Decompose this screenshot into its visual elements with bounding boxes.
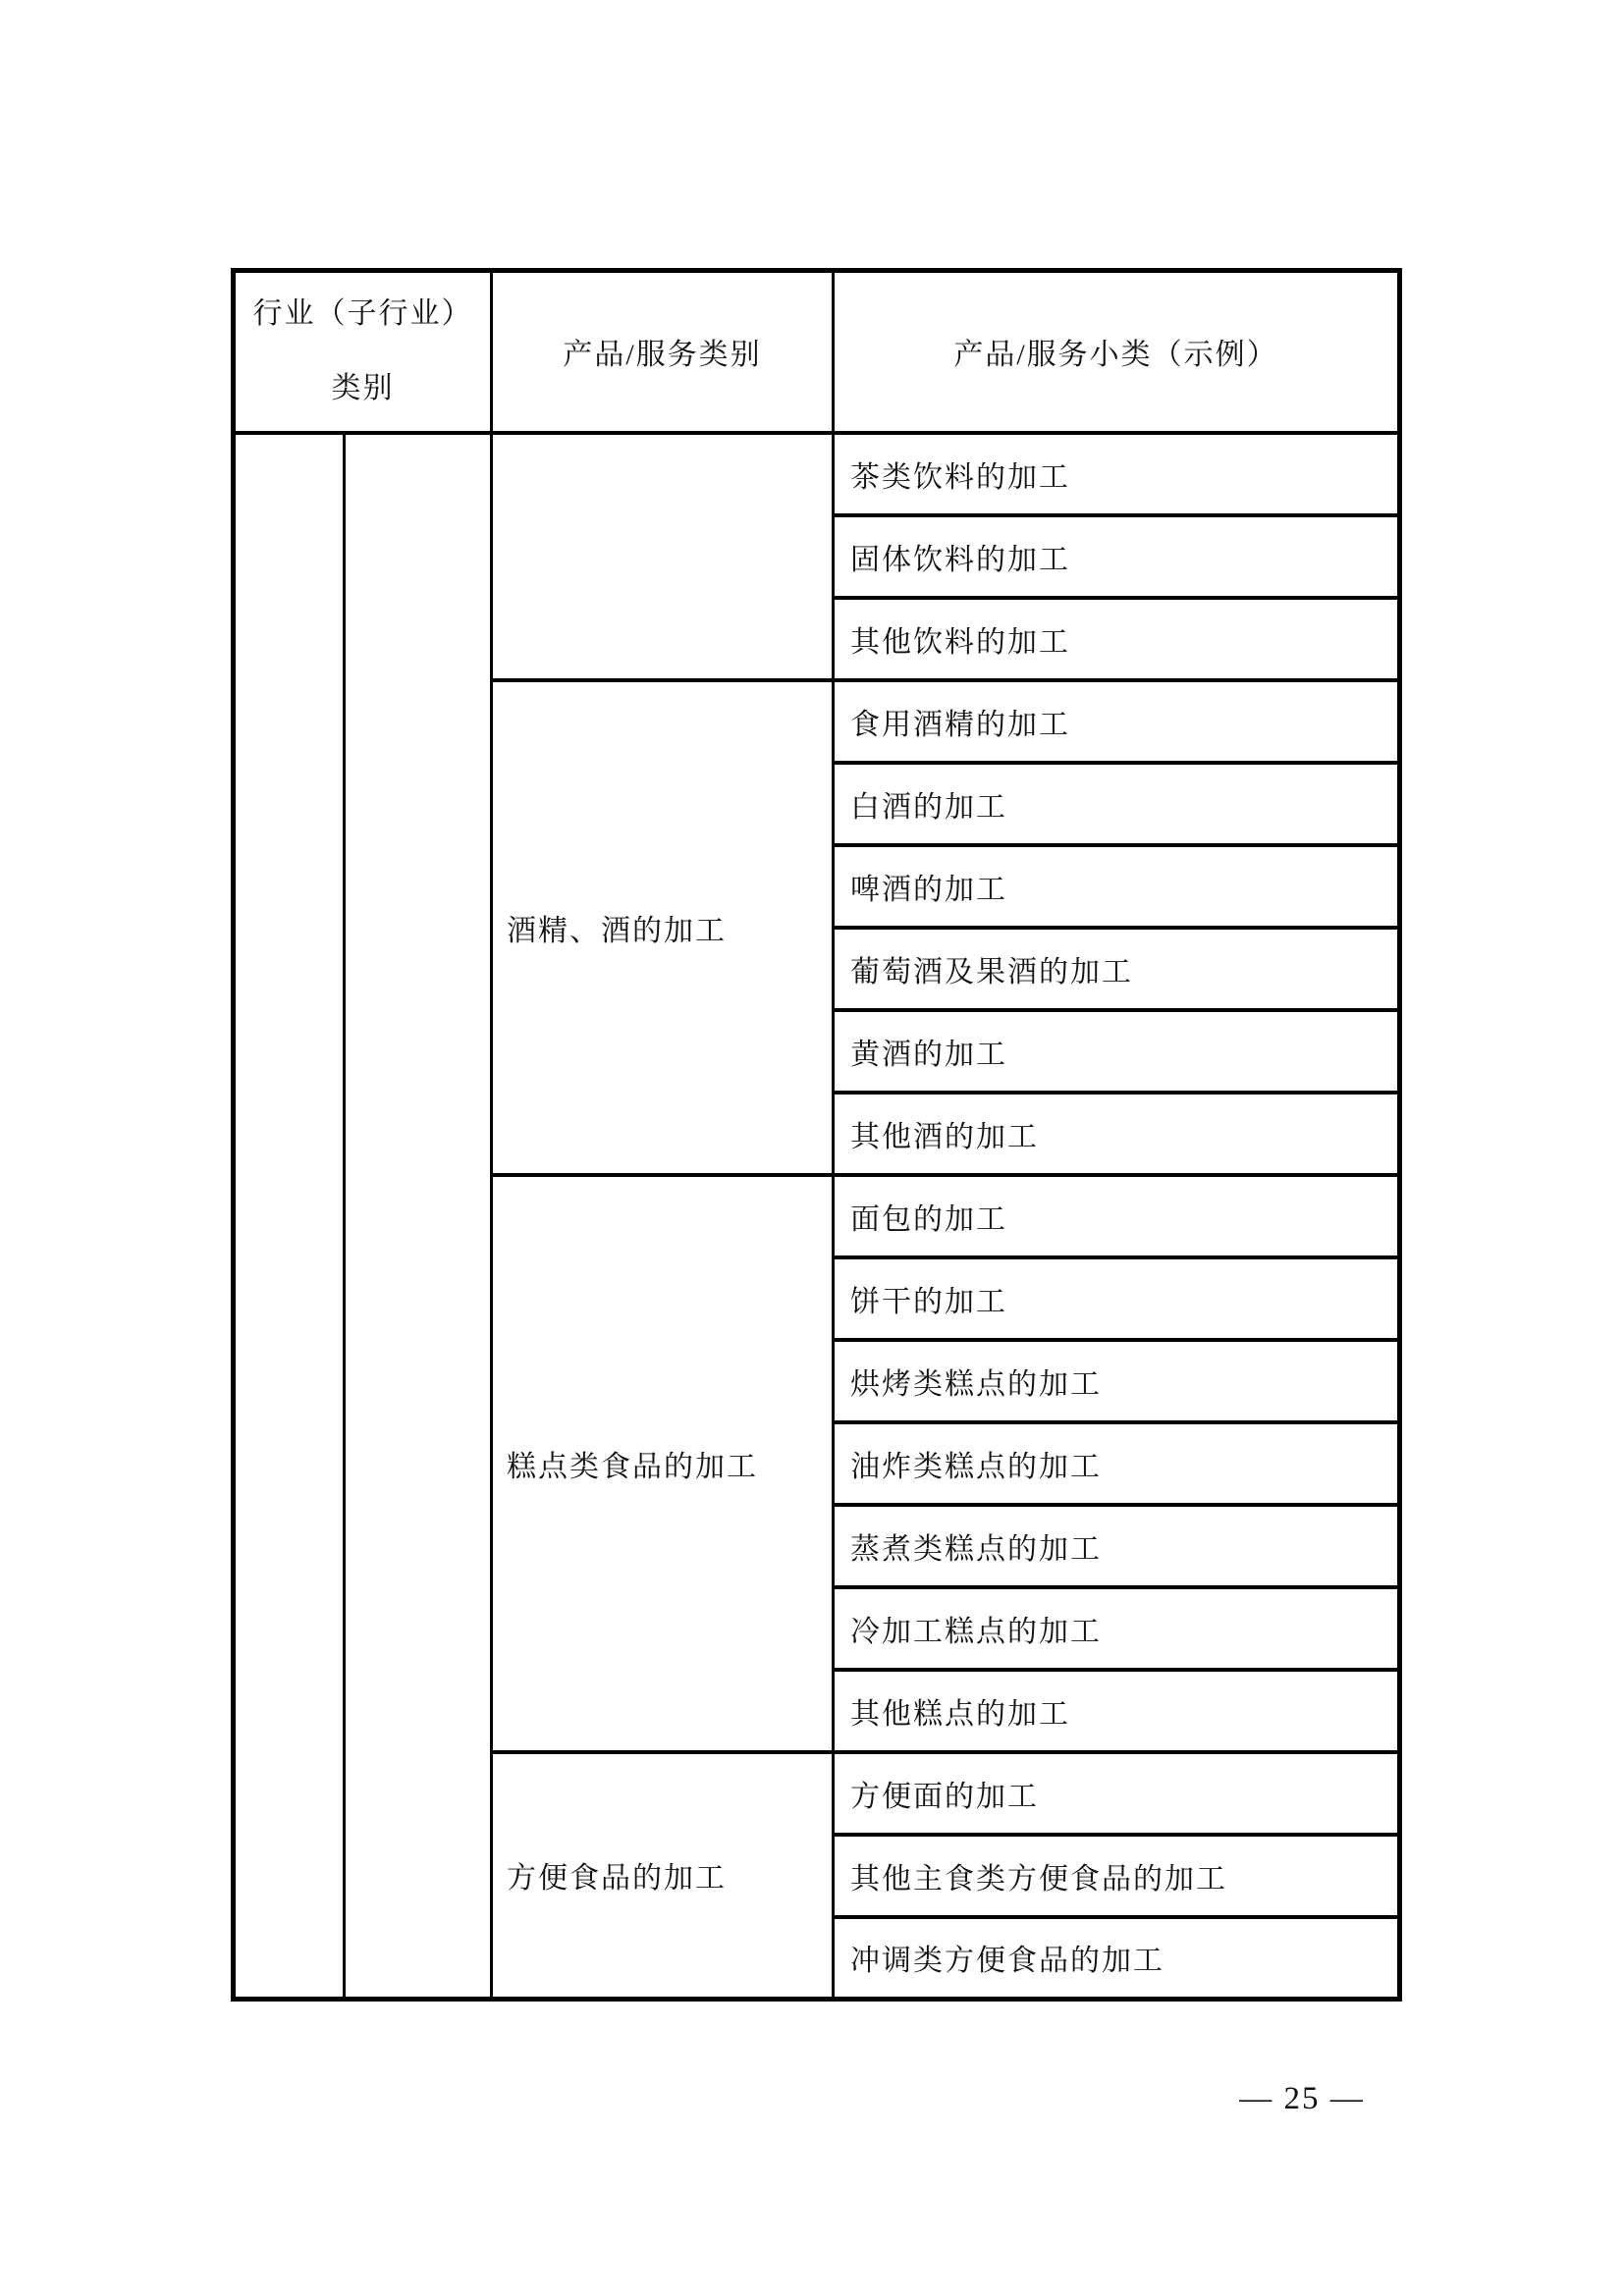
subcategory-cell: 面包的加工 [834, 1175, 1400, 1257]
subcategory-cell: 方便面的加工 [834, 1752, 1400, 1835]
subcategory-cell: 其他糕点的加工 [834, 1670, 1400, 1752]
header-industry-category-cell: 行业（子行业） 类别 [234, 271, 492, 433]
header-industry-category-line2: 类别 [236, 351, 490, 426]
subcategory-cell: 饼干的加工 [834, 1257, 1400, 1340]
subcategory-cell: 黄酒的加工 [834, 1010, 1400, 1093]
subcategory-cell: 冲调类方便食品的加工 [834, 1917, 1400, 2000]
table-header-row: 行业（子行业） 类别 产品/服务类别 产品/服务小类（示例） [234, 271, 1400, 433]
subcategory-cell: 白酒的加工 [834, 763, 1400, 845]
product-category-cell: 方便食品的加工 [492, 1752, 834, 2000]
document-page: 行业（子行业） 类别 产品/服务类别 产品/服务小类（示例） 茶类饮料的加工 固… [0, 0, 1624, 2296]
industry-subcategory-column-cell [345, 433, 492, 2000]
subcategory-cell: 其他饮料的加工 [834, 598, 1400, 680]
subcategory-cell: 油炸类糕点的加工 [834, 1422, 1400, 1505]
product-category-cell: 酒精、酒的加工 [492, 680, 834, 1175]
subcategory-cell: 固体饮料的加工 [834, 515, 1400, 598]
header-industry-category-line1: 行业（子行业） [236, 277, 490, 351]
subcategory-cell: 其他酒的加工 [834, 1093, 1400, 1175]
subcategory-cell: 烘烤类糕点的加工 [834, 1340, 1400, 1422]
subcategory-cell: 蒸煮类糕点的加工 [834, 1505, 1400, 1587]
subcategory-cell: 啤酒的加工 [834, 845, 1400, 928]
header-product-category-cell: 产品/服务类别 [492, 271, 834, 433]
subcategory-cell: 茶类饮料的加工 [834, 433, 1400, 515]
classification-table: 行业（子行业） 类别 产品/服务类别 产品/服务小类（示例） 茶类饮料的加工 固… [231, 268, 1402, 2002]
subcategory-cell: 葡萄酒及果酒的加工 [834, 928, 1400, 1010]
page-number: — 25 — [1204, 2081, 1400, 2117]
product-category-cell [492, 433, 834, 680]
industry-category-column-cell [234, 433, 345, 2000]
product-category-cell: 糕点类食品的加工 [492, 1175, 834, 1752]
subcategory-cell: 其他主食类方便食品的加工 [834, 1835, 1400, 1917]
subcategory-cell: 冷加工糕点的加工 [834, 1587, 1400, 1670]
header-subcategory-cell: 产品/服务小类（示例） [834, 271, 1400, 433]
table-row: 茶类饮料的加工 [234, 433, 1400, 515]
subcategory-cell: 食用酒精的加工 [834, 680, 1400, 763]
